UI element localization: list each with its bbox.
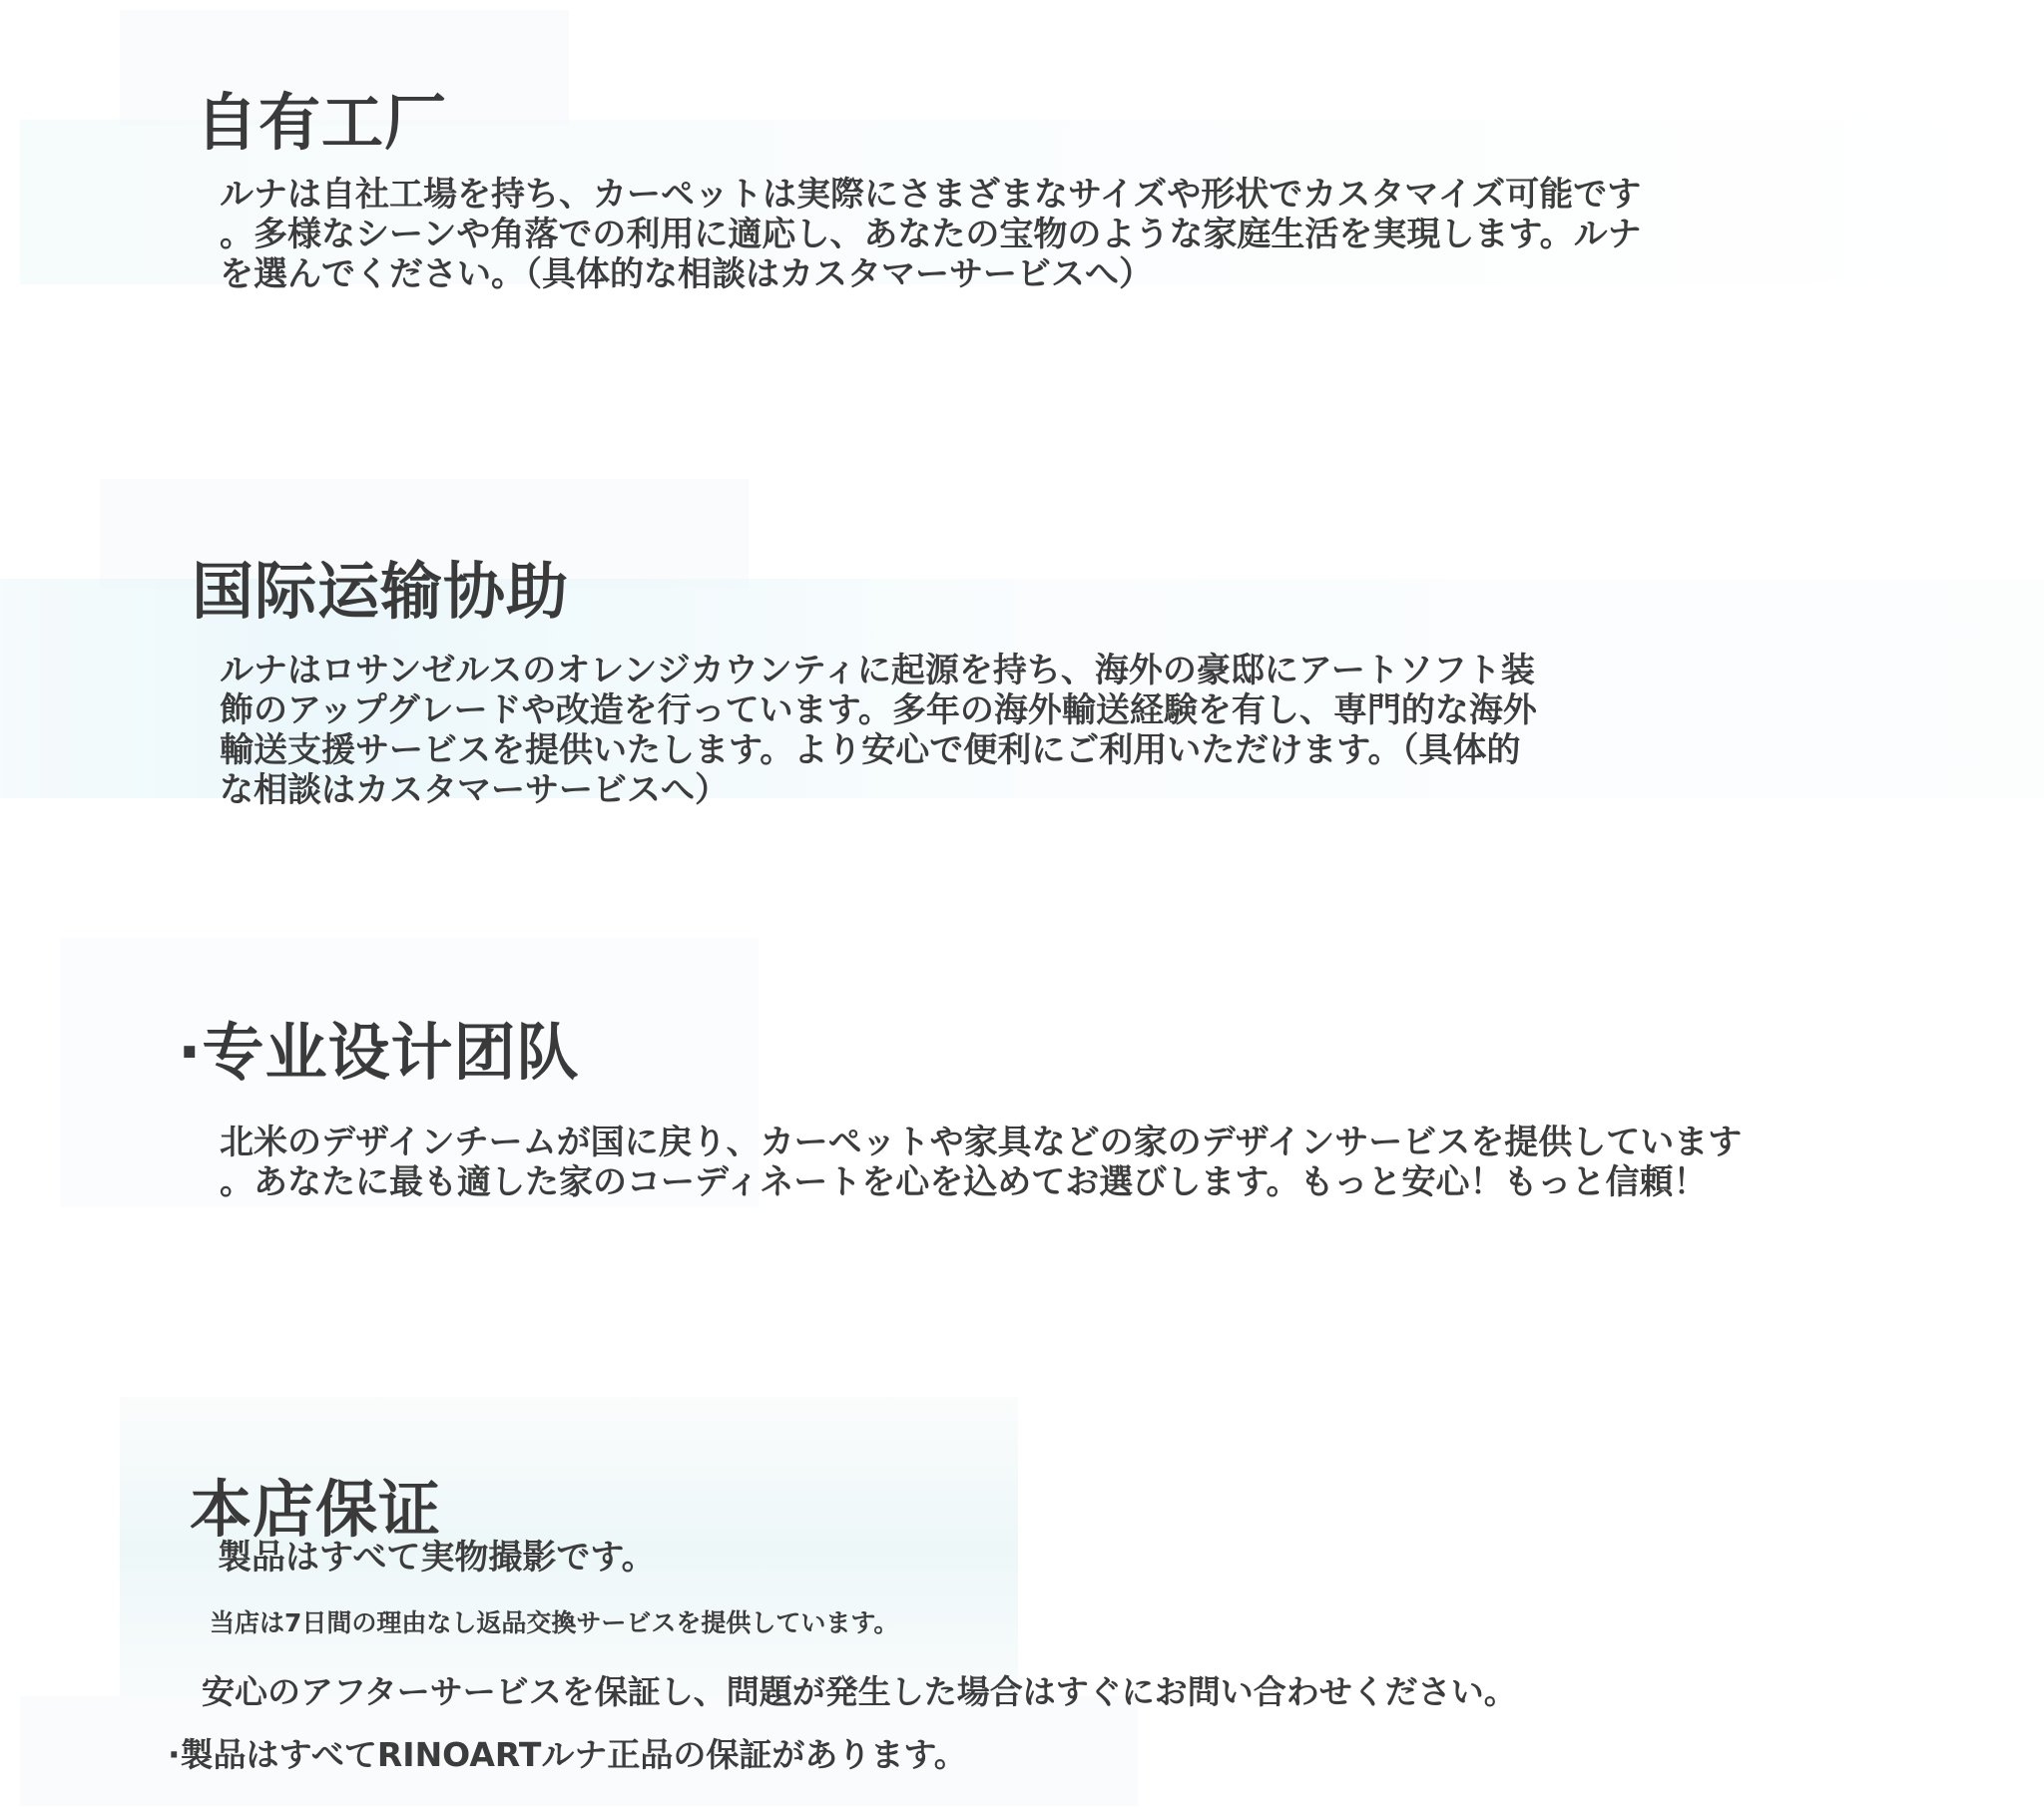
section-heading: 自有工厂: [196, 88, 447, 158]
section-paragraph: ルナはロサンゼルスのオレンジカウンティに起源を持ち、海外の豪邸にアートソフト装 …: [220, 651, 1537, 810]
guarantee-item: 製品はすべて実物撮影です。: [218, 1538, 656, 1578]
paragraph-line: 。多様なシーンや角落での利用に適応し、あなたの宝物のような家庭生活を実現します。…: [220, 215, 1642, 254]
section-paragraph: ルナは自社工場を持ち、カーペットは実際にさまざまなサイズや形状でカスタマイズ可能…: [220, 175, 1642, 294]
paragraph-line: な相談はカスタマーサービスへ）: [220, 770, 1537, 810]
paragraph-line: ルナはロサンゼルスのオレンジカウンティに起源を持ち、海外の豪邸にアートソフト装: [220, 651, 1537, 690]
section-heading: 国际运输协助: [192, 557, 569, 627]
section-heading: 本店保证: [190, 1475, 441, 1545]
guarantee-item: 安心のアフターサービスを保証し、問題が発生した場合はすぐにお問い合わせください。: [202, 1672, 1517, 1712]
paragraph-line: ルナは自社工場を持ち、カーペットは実際にさまざまなサイズや形状でカスタマイズ可能…: [220, 175, 1642, 215]
paragraph-line: 飾のアップグレードや改造を行っています。多年の海外輸送経験を有し、専門的な海外: [220, 690, 1537, 730]
paragraph-line: 。あなたに最も適した家のコーディネートを心を込めてお選びします。もっと安心！もっ…: [220, 1162, 1742, 1202]
guarantee-item: ·製品はすべてRINOARTルナ正品の保証があります。: [168, 1735, 967, 1775]
paragraph-line: を選んでください。（具体的な相談はカスタマーサービスへ）: [220, 254, 1642, 294]
paragraph-line: 輸送支援サービスを提供いたします。より安心で便利にご利用いただけます。（具体的: [220, 730, 1537, 770]
guarantee-item: 当店は7日間の理由なし返品交換サービスを提供しています。: [210, 1608, 898, 1638]
section-paragraph: 北米のデザインチームが国に戻り、カーペットや家具などの家のデザインサービスを提供…: [220, 1123, 1742, 1202]
section-heading: ·专业设计团队: [178, 1018, 580, 1088]
paragraph-line: 北米のデザインチームが国に戻り、カーペットや家具などの家のデザインサービスを提供…: [220, 1123, 1742, 1162]
